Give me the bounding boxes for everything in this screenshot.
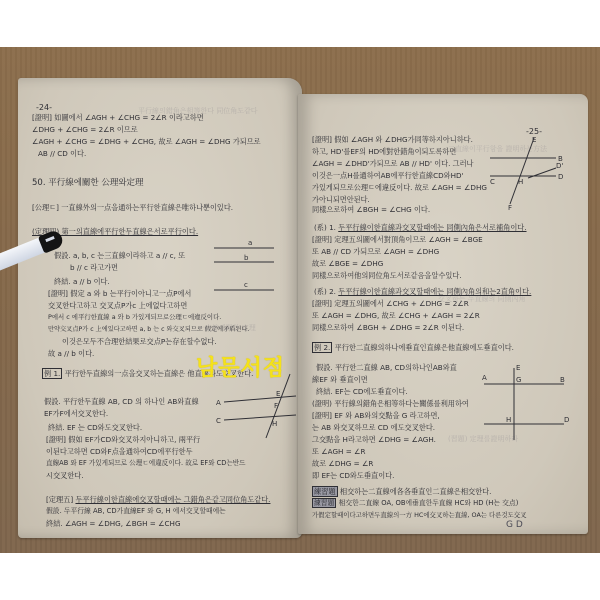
handwritten-note: G D	[506, 520, 523, 532]
text-line: EF가F에서交叉한다.	[44, 408, 108, 420]
svg-text:a: a	[248, 239, 252, 247]
svg-text:C: C	[490, 178, 495, 186]
text-line: 假設. 두平行線 AB, CD가直線EF 와 G, H 에서交叉할때에는	[46, 506, 226, 518]
perpendicular-diagram: E A G B H D	[480, 362, 570, 446]
svg-text:b: b	[244, 254, 249, 262]
text-line: AB // CD 이다.	[38, 148, 86, 160]
text-line: 또 ∠AGH = ∠R	[312, 446, 365, 458]
example-label: 例 1.	[42, 368, 62, 379]
text-line: 假設. a, b, c 는三直線이라하고 a // c, 또	[54, 250, 185, 262]
text-line: 가있게되므로公理ㄷ에違反이다. 故로 ∠AGH = ∠DHG	[312, 182, 487, 194]
exercise-tail: 가假定할때이다고하면두直線의一方 HC에交叉하는直線, OA는 다른것도交叉	[312, 510, 527, 522]
text-line: 또 ∠AGH = ∠DHG, 故로 ∠CHG + ∠AGH = 2∠R	[312, 310, 480, 322]
text-line: [證明] 定理五의圖에서 ∠CHG + ∠DHG = 2∠R	[312, 298, 469, 310]
text-line: 하고, HD'를EF의 HD에對한錯角이되도록하면	[312, 146, 456, 158]
text-line: [證明] 假如 ∠AGH 와 ∠DHG가同等하지아니하다.	[312, 134, 473, 146]
text-line: 그交點을 H라고하면 ∠DHG = ∠AGH.	[312, 434, 436, 446]
corollary-2-title: (系) 2. 두平行線이한直線과交叉할때에는 同側內角의和는2直角이다.	[314, 286, 531, 298]
text-line: P에서 c 에平行한直線 a 와 b 가있게되므로公理ㄷ에違反이다.	[48, 312, 221, 324]
svg-text:G: G	[516, 376, 521, 384]
text-line: 即 EF는 CD와도垂直이다.	[312, 470, 394, 482]
text-line: 終結. ∠AGH = ∠DHG, ∠BGH = ∠CHG	[46, 518, 181, 530]
text-line: b // c 라고가면	[70, 262, 118, 274]
text-line: 는 AB 와交叉하므로 CD 에도交叉한다.	[312, 422, 435, 434]
text-line: ∠AGH = ∠DHD'가되므로 AB // HD' 이다. 그러나	[312, 158, 474, 170]
text-line: 만약交叉点P가 c 上에있다고하면 a, b 는 c 와交叉되므로 假定에矛盾된…	[48, 324, 249, 336]
text-line: 直線AB 와 EF 가있게되므로 公理ㄷ에違反이다. 故로 EF와 CD는반드	[46, 458, 245, 470]
axiom-line: [公理ㄷ] 一直線外의一点을通하는平行한直線은唯하나뿐이있다.	[32, 202, 233, 214]
svg-text:D: D	[564, 416, 569, 424]
example-2-title: 例 2. 平行한二直線의하나에垂直인直線은他直線에도垂直이다.	[312, 342, 514, 354]
text-line: 假設. 平行한二直線 AB, CD의하나인AB와直	[316, 362, 457, 374]
text-line: 交叉한다고하고 交叉点P가c 上에없다고하면	[48, 300, 187, 312]
text-line: 또 AB // CD 가되므로 ∠AGH = ∠DHG	[312, 246, 439, 258]
svg-text:B: B	[560, 376, 565, 384]
parallel-lines-diagram: a b c	[214, 240, 294, 304]
svg-text:H: H	[506, 416, 511, 424]
text-line: [證明] 定理五의圖에서對頂角이므로 ∠AGH = ∠BGE	[312, 234, 483, 246]
text-line: 故 a // b 이다.	[48, 348, 94, 360]
text-line: ∠AGH + ∠CHG = ∠DHG + ∠CHG, 故로 ∠AGH = ∠DH…	[32, 136, 261, 148]
theorem-5-title: [定理五] 두平行線이한直線에交叉할때에는 그錯角은같고同位角도같다.	[46, 494, 270, 506]
svg-text:D': D'	[556, 162, 563, 170]
svg-text:F: F	[508, 204, 512, 212]
text-line: 故로 ∠BGE = ∠DHG	[312, 258, 383, 270]
text-line: 終結. EF는 CD에도垂直이다.	[316, 386, 408, 398]
text-line: 이것은모두不合理한結果로交点P는存在할수없다.	[62, 336, 217, 348]
section-heading: 50. 平行線에關한 公理와定理	[32, 178, 144, 190]
svg-text:c: c	[244, 281, 248, 289]
text-line: [證明] EF 와 AB와의交點을 G 라고하면,	[312, 410, 440, 422]
text-line: (證明) 平行線의錯角은相等하다는關係를利用하여	[312, 398, 469, 410]
text-line: [證明] 假定 a 와 b 는平行이아니고一点P에서	[48, 288, 191, 300]
svg-text:C: C	[216, 417, 221, 425]
svg-text:A: A	[216, 399, 221, 407]
svg-text:H: H	[518, 178, 523, 186]
svg-text:E: E	[516, 364, 520, 372]
svg-text:E: E	[532, 136, 536, 144]
bookstore-watermark: 남문서점	[196, 351, 285, 382]
text-line: 線EF 와 垂直이면	[312, 374, 368, 386]
svg-text:A: A	[482, 374, 487, 382]
corollary-1-title: (系) 1. 두平行線이한直線과交叉할때에는 同側內角은서로補角이다.	[314, 222, 527, 234]
text-line: 同樣으로하여 ∠BGH + ∠DHG = 2∠R 이된다.	[312, 322, 464, 334]
text-line: 이된다고하면 CD와F点을通하여CD에平行한두	[46, 446, 193, 458]
svg-text:D: D	[558, 173, 563, 181]
text-line: 同樣으로하여他의同位角도서로같음을알수있다.	[312, 270, 462, 282]
text-line: 故로 ∠DHG = ∠R	[312, 458, 373, 470]
exercise-2: 練習題 相交한二直線 OA, OB에垂直한두直線 HC와 HD (H는 交点)	[312, 498, 518, 510]
text-line: 假設. 平行한두直線 AB, CD 의 하나인 AB와直線	[44, 396, 199, 408]
text-line: 시交叉한다.	[46, 470, 84, 482]
svg-text:F: F	[274, 402, 278, 410]
text-line: [證明] 假如 EF가CD와交叉하지아니하고, 兩平行	[46, 434, 200, 446]
theorem-5-diagram: E B D' D C H F	[488, 138, 578, 212]
text-line: 終結. EF 는 CD와도交叉한다.	[48, 422, 142, 434]
left-page: 平行線의錯角은相等한다 同位角도같다 一直線에關한 定理 -24- [證明] 如…	[18, 78, 302, 538]
text-line: 同樣으로하여 ∠BGH = ∠CHG 이다.	[312, 204, 430, 216]
text-line: 終結. a // b 이다.	[54, 276, 110, 288]
svg-text:E: E	[276, 390, 280, 398]
text-line: ∠DHG + ∠CHG = 2∠R 이므로	[32, 124, 138, 136]
text-line: 이것은一点H를通하여AB에平行한直線CD와HD'	[312, 170, 464, 182]
text-line: [證明] 如圖에서 ∠AGH + ∠CHG = 2∠R 이라고하면	[32, 112, 204, 124]
exercise-1: 練習題 相交하는二直線에各各垂直인二直線은相交한다.	[312, 486, 491, 498]
svg-text:H: H	[272, 420, 277, 428]
right-page: 二直線이平行함을 證明하는方法 交叉하는 두直線의 同側內角 (習題) 定理를證…	[298, 94, 588, 534]
